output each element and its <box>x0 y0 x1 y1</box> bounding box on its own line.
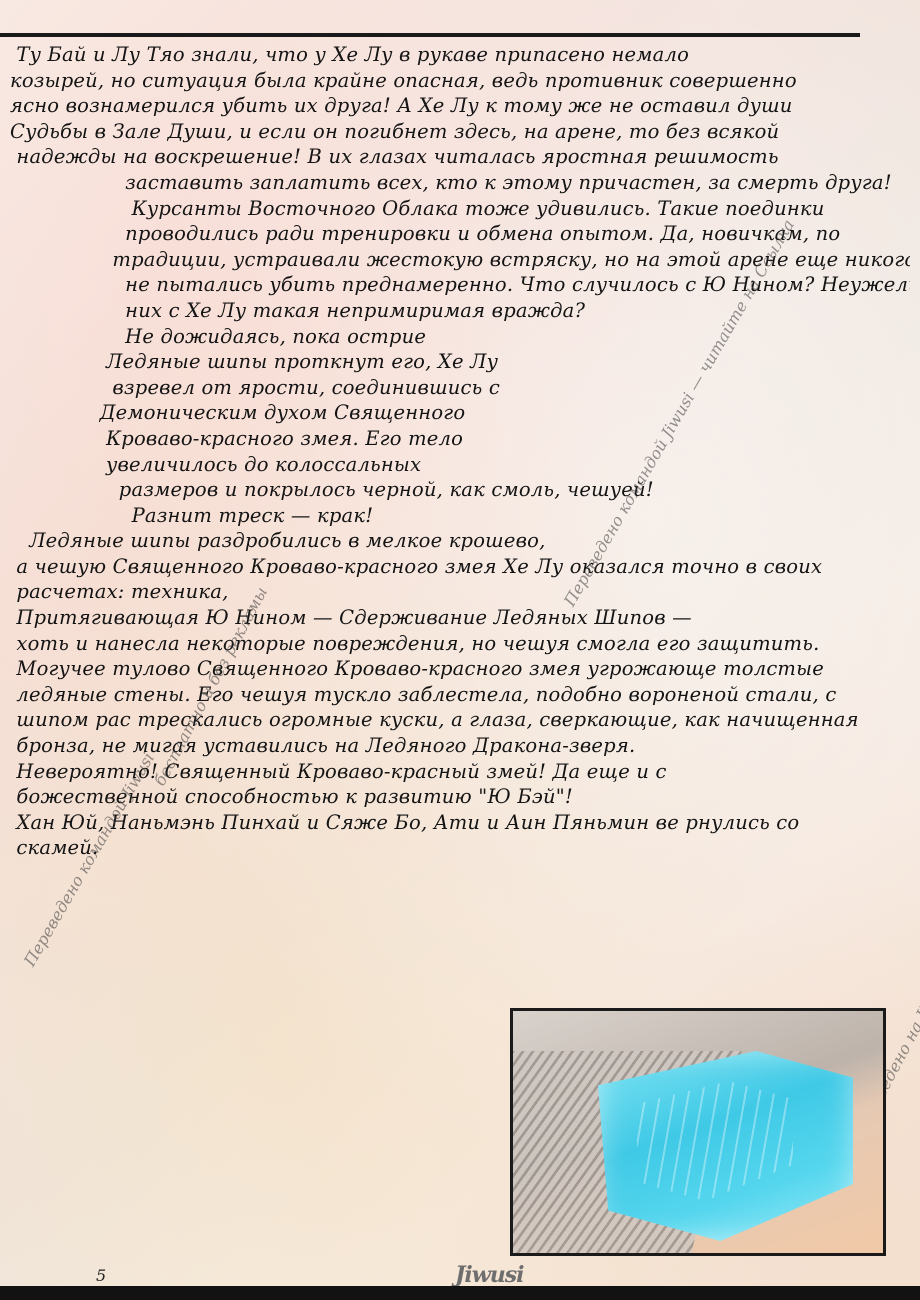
story-line: хоть и нанесла некоторые повреждения, но… <box>10 631 910 657</box>
story-line: ледяные стены. Его чешуя тускло заблесте… <box>10 682 910 708</box>
story-line: не пытались убить преднамеренно. Что слу… <box>10 272 910 298</box>
story-line: Курсанты Восточного Облака тоже удивилис… <box>10 196 910 222</box>
story-line: ясно вознамерился убить их друга! А Хе Л… <box>10 93 910 119</box>
story-line: Ту Бай и Лу Тяо знали, что у Хе Лу в рук… <box>10 42 910 68</box>
story-line: Судьбы в Зале Души, и если он погибнет з… <box>10 119 910 145</box>
story-line: шипом рас трескались огромные куски, а г… <box>10 707 910 733</box>
story-line: Хан Юй, Наньмэнь Пинхай и Сяже Бо, Ати и… <box>10 810 910 836</box>
story-line: взревел от ярости, соединившись с <box>10 375 910 401</box>
story-line: Кроваво-красного змея. Его тело <box>10 426 910 452</box>
story-line: козырей, но ситуация была крайне опасная… <box>10 68 910 94</box>
story-line: заставить заплатить всех, кто к этому пр… <box>10 170 910 196</box>
story-line: Ледяные шипы проткнут его, Хе Лу <box>10 349 910 375</box>
panel-border-top <box>0 33 860 37</box>
story-line: увеличилось до колоссальных <box>10 452 910 478</box>
story-line: размеров и покрылось черной, как смоль, … <box>10 477 910 503</box>
story-line: надежды на воскрешение! В их глазах чита… <box>10 144 910 170</box>
bottom-bar <box>0 1286 920 1300</box>
story-line: них с Хе Лу такая непримиримая вражда? <box>10 298 910 324</box>
story-line: Разнит треск — крак! <box>10 503 910 529</box>
story-line: Демоническим духом Священного <box>10 400 910 426</box>
story-line: Не дожидаясь, пока острие <box>10 324 910 350</box>
story-line: божественной способностью к развитию "Ю … <box>10 784 910 810</box>
scanlation-logo: Jiwusi <box>455 1262 523 1288</box>
story-line: Притягивающая Ю Нином — Сдерживание Ледя… <box>10 605 910 631</box>
story-line: расчетах: техника, <box>10 579 910 605</box>
story-line: Ледяные шипы раздробились в мелкое кроше… <box>10 528 910 554</box>
page-number: 5 <box>96 1266 106 1285</box>
story-line: скамей. <box>10 835 910 861</box>
story-line: а чешую Священного Кроваво-красного змея… <box>10 554 910 580</box>
story-text: Ту Бай и Лу Тяо знали, что у Хе Лу в рук… <box>10 42 910 861</box>
story-line: Могучее тулово Священного Кроваво-красно… <box>10 656 910 682</box>
illustration-panel-ice-cube <box>510 1008 886 1256</box>
